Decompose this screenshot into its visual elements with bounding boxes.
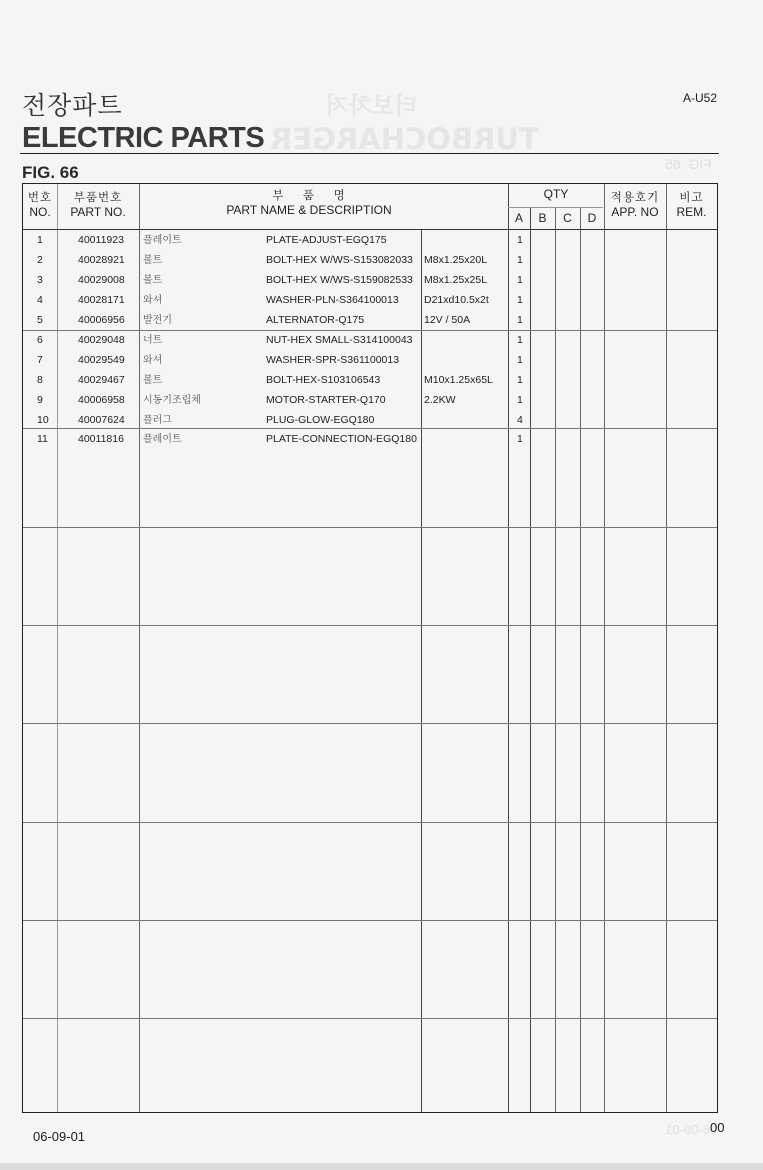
row-spec: M8x1.25x25L xyxy=(424,274,487,287)
row-name-english: PLATE-ADJUST-EGQ175 xyxy=(266,234,387,247)
row-no: 7 xyxy=(37,354,43,367)
row-name-korean: 시동기조립체 xyxy=(143,394,201,407)
row-part-no: 40006956 xyxy=(78,314,125,327)
header-part-no: 부품번호 PART NO. xyxy=(57,190,139,220)
col-divider xyxy=(580,208,581,1112)
row-part-no: 40028921 xyxy=(78,254,125,267)
row-name-english: WASHER-SPR-S361100013 xyxy=(266,354,399,367)
row-name-korean: 발전기 xyxy=(143,314,172,327)
row-group-divider xyxy=(23,723,717,724)
bleed-through-title-english: TURBOCHARGER xyxy=(270,122,539,156)
row-group-divider xyxy=(23,527,717,528)
row-group-divider xyxy=(23,822,717,823)
page-code: A-U52 xyxy=(683,91,717,105)
header-part-name-ko: 부 품 명 xyxy=(139,188,479,203)
header-app-no-en: APP. NO xyxy=(604,205,666,220)
figure-number: FIG. 66 xyxy=(22,163,79,183)
section-title-korean: 전장파트 xyxy=(22,86,123,122)
row-name-english: BOLT-HEX-S103106543 xyxy=(266,374,380,387)
header-remarks: 비고 REM. xyxy=(666,190,717,220)
row-part-no: 40011816 xyxy=(78,433,124,446)
row-group-divider xyxy=(23,625,717,626)
col-divider xyxy=(666,184,667,1112)
header-qty-d: D xyxy=(580,211,604,226)
parts-table: 번호 NO. 부품번호 PART NO. 부 품 명 PART NAME & D… xyxy=(22,183,718,1113)
row-part-no: 40028171 xyxy=(78,294,125,307)
row-qty-a: 1 xyxy=(517,274,523,287)
header-qty: QTY xyxy=(508,187,604,202)
row-no: 9 xyxy=(37,394,43,407)
row-name-english: BOLT-HEX W/WS-S153082033 xyxy=(266,254,413,267)
header-qty-c: C xyxy=(555,211,580,226)
row-no: 6 xyxy=(37,334,43,347)
row-group-divider xyxy=(23,428,717,429)
row-spec: M10x1.25x65L xyxy=(424,374,493,387)
row-spec: D21xd10.5x2t xyxy=(424,294,489,307)
row-no: 3 xyxy=(37,274,43,287)
row-part-no: 40029549 xyxy=(78,354,125,367)
row-name-korean: 와셔 xyxy=(143,294,162,307)
row-spec: M8x1.25x20L xyxy=(424,254,487,267)
row-qty-a: 4 xyxy=(517,414,523,427)
row-name-english: PLUG-GLOW-EGQ180 xyxy=(266,414,374,427)
header-remarks-ko: 비고 xyxy=(666,190,717,205)
col-divider xyxy=(139,184,140,1112)
row-part-no: 40029467 xyxy=(78,374,125,387)
bleed-through-figure: FIG. 65 xyxy=(665,156,712,172)
header-qty-b: B xyxy=(530,211,555,226)
row-name-english: NUT-HEX SMALL-S314100043 xyxy=(266,334,413,347)
row-group-divider xyxy=(23,1018,717,1019)
spec-divider xyxy=(421,230,422,1112)
row-qty-a: 1 xyxy=(517,374,523,387)
header-part-no-ko: 부품번호 xyxy=(57,190,139,205)
col-divider xyxy=(530,208,531,1112)
row-name-korean: 플레이트 xyxy=(143,433,182,446)
revision-date: 06-09-01 xyxy=(33,1129,85,1144)
col-divider xyxy=(508,184,509,1112)
row-name-korean: 볼트 xyxy=(143,254,162,267)
row-qty-a: 1 xyxy=(517,254,523,267)
header-bottom-rule xyxy=(23,229,717,230)
row-name-english: WASHER-PLN-S364100013 xyxy=(266,294,399,307)
header-no: 번호 NO. xyxy=(23,190,57,220)
header-rule xyxy=(20,153,719,154)
scan-edge xyxy=(0,1163,763,1170)
row-spec: 12V / 50A xyxy=(424,314,470,327)
row-name-korean: 볼트 xyxy=(143,374,162,387)
row-part-no: 40029048 xyxy=(78,334,125,347)
row-no: 1 xyxy=(37,234,43,247)
row-no: 8 xyxy=(37,374,43,387)
row-name-english: BOLT-HEX W/WS-S159082533 xyxy=(266,274,413,287)
header-app-no-ko: 적용호기 xyxy=(604,190,666,205)
row-qty-a: 1 xyxy=(517,394,523,407)
header-part-no-en: PART NO. xyxy=(57,205,139,220)
bleed-through-title-korean: 터보차저 xyxy=(325,86,418,121)
row-name-korean: 와셔 xyxy=(143,354,162,367)
row-no: 4 xyxy=(37,294,43,307)
header-no-ko: 번호 xyxy=(23,190,57,205)
row-qty-a: 1 xyxy=(517,294,523,307)
header-part-name: 부 품 명 PART NAME & DESCRIPTION xyxy=(139,188,479,218)
row-qty-a: 1 xyxy=(517,314,523,327)
row-part-no: 40007624 xyxy=(78,414,125,427)
header-qty-a: A xyxy=(508,211,530,226)
section-title-english: ELECTRIC PARTS xyxy=(22,122,264,155)
row-name-korean: 너트 xyxy=(143,334,162,347)
row-no: 5 xyxy=(37,314,43,327)
col-divider xyxy=(555,208,556,1112)
row-qty-a: 1 xyxy=(517,334,523,347)
row-part-no: 40011923 xyxy=(78,234,124,247)
row-name-korean: 볼트 xyxy=(143,274,162,287)
row-name-korean: 플러그 xyxy=(143,414,172,427)
row-qty-a: 1 xyxy=(517,354,523,367)
header-app-no: 적용호기 APP. NO xyxy=(604,190,666,220)
row-qty-a: 1 xyxy=(517,234,523,247)
row-name-korean: 플레이트 xyxy=(143,234,182,247)
row-no: 2 xyxy=(37,254,43,267)
row-spec: 2.2KW xyxy=(424,394,456,407)
row-no: 11 xyxy=(37,433,48,446)
row-qty-a: 1 xyxy=(517,433,523,446)
row-name-english: ALTERNATOR-Q175 xyxy=(266,314,364,327)
row-part-no: 40029008 xyxy=(78,274,125,287)
row-group-divider xyxy=(23,920,717,921)
header-part-name-en: PART NAME & DESCRIPTION xyxy=(139,203,479,218)
qty-header-divider xyxy=(508,207,603,208)
col-divider xyxy=(57,184,58,1112)
col-divider xyxy=(604,184,605,1112)
bleed-through-text: TURBOCHARGER xyxy=(270,122,539,156)
header-no-en: NO. xyxy=(23,205,57,220)
row-name-english: MOTOR-STARTER-Q170 xyxy=(266,394,386,407)
page-number: 00 xyxy=(710,1120,724,1135)
row-no: 10 xyxy=(37,414,49,427)
header-remarks-en: REM. xyxy=(666,205,717,220)
row-group-divider xyxy=(23,330,717,331)
row-name-english: PLATE-CONNECTION-EGQ180 xyxy=(266,433,417,446)
row-part-no: 40006958 xyxy=(78,394,125,407)
